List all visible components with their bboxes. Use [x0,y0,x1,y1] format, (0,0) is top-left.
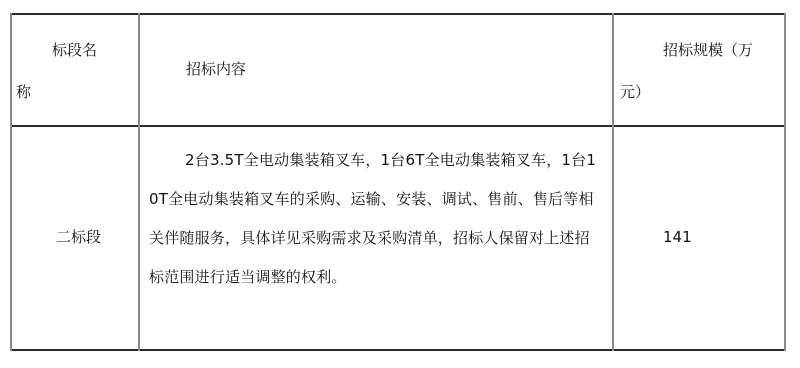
header-bid-scale-line1: 招标规模（万 [620,29,779,71]
header-bid-content: 招标内容 [139,13,613,125]
table-row-scale: 141 [613,125,785,350]
header-bid-scale: 招标规模（万 元） [613,13,785,125]
table-row-section-name: 二标段 [10,125,139,350]
table-row-content: 2台3.5T全电动集装箱叉车，1台6T全电动集装箱叉车，1台10T全电动集装箱叉… [139,125,613,350]
bid-section-table: 标段名 称 招标内容 招标规模（万 元） 二标段 2台3.5T全电动集装箱叉车，… [10,13,785,350]
header-section-name: 标段名 称 [10,13,139,125]
header-bid-scale-line2: 元） [620,71,779,113]
header-section-name-line1: 标段名 [16,29,133,71]
header-section-name-line2: 称 [16,71,133,113]
